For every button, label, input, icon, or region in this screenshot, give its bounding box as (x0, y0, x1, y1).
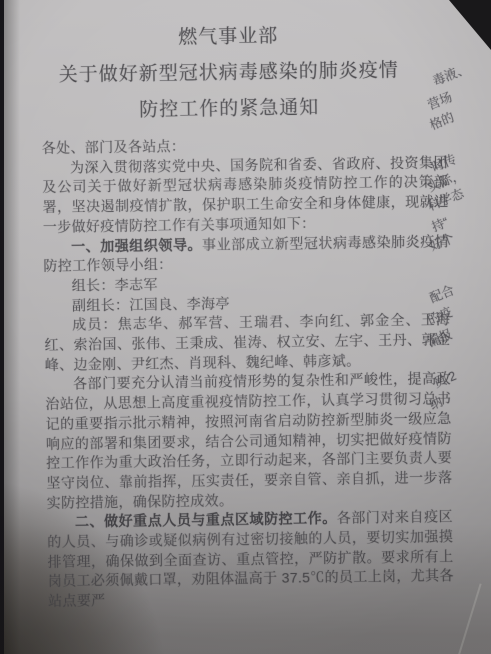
notice-title: 燃气事业部 关于做好新型冠状病毒感染的肺炎疫情 防控工作的紧急通知 (10, 16, 447, 130)
title-line-type: 防控工作的紧急通知 (11, 88, 447, 130)
intro-paragraph: 为深入贯彻落实党中央、国务院和省委、省政府、投资集团及公司关于做好新型冠状病毒感… (42, 153, 449, 237)
title-line-subject: 关于做好新型冠状病毒感染的肺炎疫情 (11, 52, 447, 94)
section2-opening: 二、做好重点人员与重点区域防控工作。各部门对来自疫区的人员、与确诊或疑似病例有过… (47, 508, 454, 612)
section1-opening: 一、加强组织领导。事业部成立新型冠状病毒感染肺炎疫情防控工作领导小组： (43, 232, 450, 277)
members-paragraph: 成员：焦志华、郝军营、王瑞君、李向红、郭金全、王海红、索治国、张伟、王秉成、崔涛… (44, 311, 451, 376)
title-line-department: 燃气事业部 (10, 16, 446, 58)
notice-body: 燃气事业部 关于做好新型冠状病毒感染的肺炎疫情 防控工作的紧急通知 各处、部门及… (40, 16, 454, 611)
section2-heading: 二、做好重点人员与重点区域防控工作。 (75, 510, 337, 530)
section1-heading: 一、加强组织领导。 (71, 236, 202, 254)
section1-paragraph: 各部门要充分认清当前疫情形势的复杂性和严峻性，提高政治站位，从思想上高度重视疫情… (45, 370, 453, 514)
document-page: 燃气事业部 关于做好新型冠状病毒感染的肺炎疫情 防控工作的紧急通知 各处、部门及… (4, 0, 491, 654)
document-photo: 燃气事业部 关于做好新型冠状病毒感染的肺炎疫情 防控工作的紧急通知 各处、部门及… (0, 0, 491, 654)
